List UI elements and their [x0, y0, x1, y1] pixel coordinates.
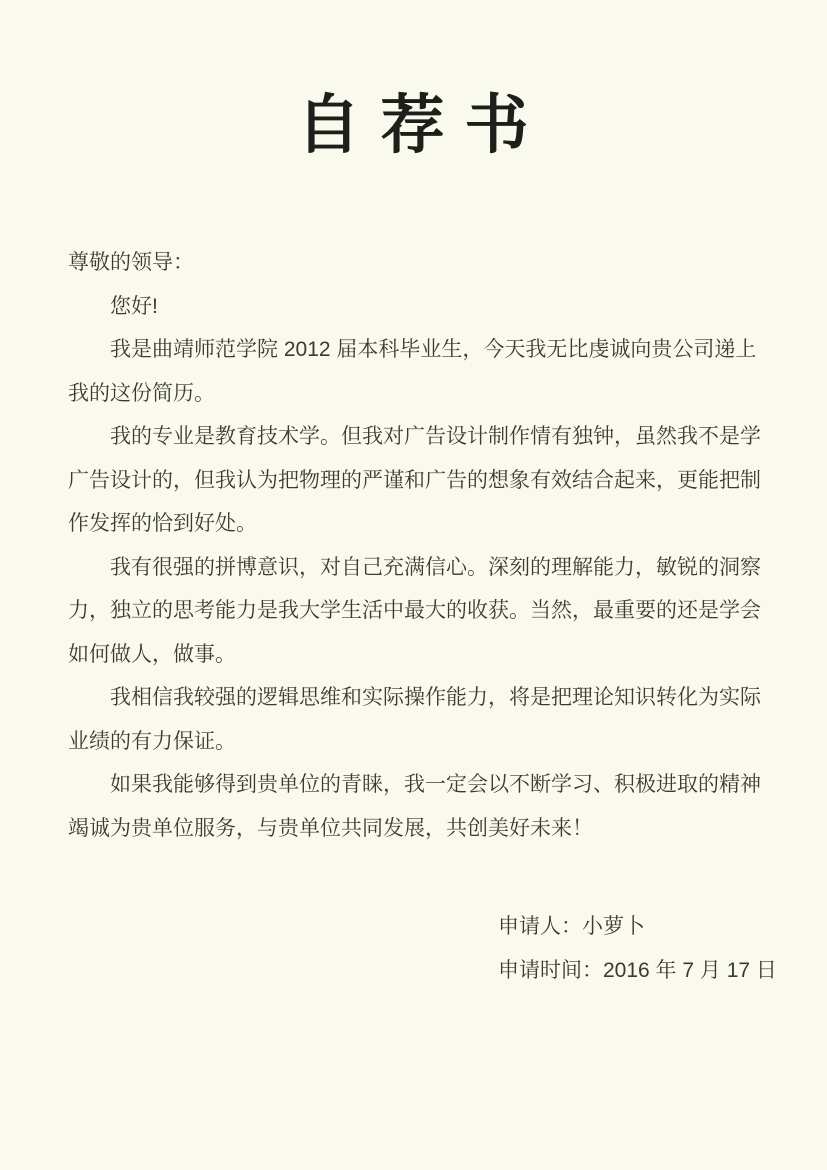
paragraph-closing: 如果我能够得到贵单位的青睐，我一定会以不断学习、积极进取的精神竭诚为贵单位服务，… [68, 763, 763, 850]
letter-page: 自 荐 书 尊敬的领导： 您好! 我是曲靖师范学院 2012 届本科毕业生，今天… [0, 0, 827, 1170]
applicant-label: 申请人： [498, 915, 582, 938]
page-title: 自 荐 书 [0, 88, 827, 164]
letter-body: 尊敬的领导： 您好! 我是曲靖师范学院 2012 届本科毕业生，今天我无比虔诚向… [68, 241, 763, 850]
applicant-line: 申请人：小萝卜 [498, 905, 777, 949]
paragraph-strengths: 我有很强的拼博意识，对自己充满信心。深刻的理解能力，敏锐的洞察力，独立的思考能力… [68, 546, 763, 677]
date-line: 申请时间：2016 年 7 月 17 日 [498, 949, 777, 993]
date-label: 申请时间： [498, 959, 603, 982]
salutation: 尊敬的领导： [68, 241, 763, 285]
applicant-name: 小萝卜 [582, 915, 645, 938]
paragraph-major: 我的专业是教育技术学。但我对广告设计制作情有独钟，虽然我不是学广告设计的，但我认… [68, 415, 763, 546]
paragraph-ability: 我相信我较强的逻辑思维和实际操作能力，将是把理论知识转化为实际业绩的有力保证。 [68, 676, 763, 763]
date-value: 2016 年 7 月 17 日 [603, 959, 777, 982]
paragraph-greeting: 您好! [68, 285, 763, 329]
signature-block: 申请人：小萝卜 申请时间：2016 年 7 月 17 日 [498, 905, 777, 992]
paragraph-introduction: 我是曲靖师范学院 2012 届本科毕业生，今天我无比虔诚向贵公司递上我的这份简历… [68, 328, 763, 415]
